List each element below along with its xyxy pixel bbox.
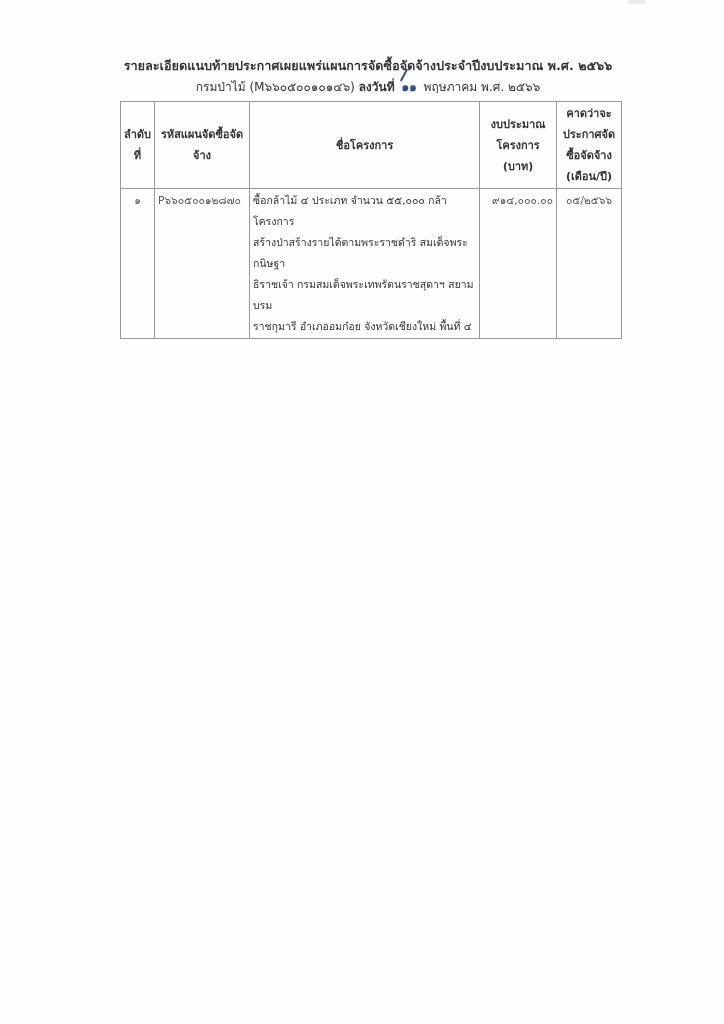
document-page: รายละเอียดแนบท้ายประกาศเผยแพร่แผนการจัดซ…	[0, 0, 724, 1024]
header-expected-date: คาดว่าจะ ประกาศจัด ซื้อจัดจ้าง (เดือน/ปี…	[557, 102, 622, 189]
cell-code: P๖๖๐๕๐๐๑๒๘๗๐	[155, 189, 250, 339]
cell-project-name: ซื้อกล้าไม้ ๔ ประเภท จำนวน ๕๕,๐๐๐ กล้า โ…	[250, 189, 480, 339]
header-budget: งบประมาณ โครงการ (บาท)	[480, 102, 557, 189]
table-header-row: ลำดับ ที่ รหัสแผนจัดซื้อจัด จ้าง ชื่อโคร…	[121, 102, 622, 189]
date-month-year: พฤษภาคม พ.ศ. ๒๕๖๖	[424, 80, 541, 94]
cell-no: ๑	[121, 189, 155, 339]
header-code: รหัสแผนจัดซื้อจัด จ้าง	[155, 102, 250, 189]
header-no: ลำดับ ที่	[121, 102, 155, 189]
cell-expected-date: ๐๕/๒๕๖๖	[557, 189, 622, 339]
document-title: รายละเอียดแนบท้ายประกาศเผยแพร่แผนการจัดซ…	[0, 56, 724, 76]
agency-label: กรมป่าไม้ (M๖๖๐๕๐๐๑๐๑๔๖)	[196, 80, 355, 94]
date-label: ลงวันที่	[359, 80, 395, 94]
scan-mark	[628, 0, 646, 4]
cell-budget: ๙๑๔,๐๐๐.๐๐	[480, 189, 557, 339]
document-subtitle: กรมป่าไม้ (M๖๖๐๕๐๐๑๐๑๔๖) ลงวันที่ ๑๑ พฤษ…	[0, 78, 724, 97]
handwritten-date-day: ๑๑	[398, 78, 419, 97]
procurement-plan-table: ลำดับ ที่ รหัสแผนจัดซื้อจัด จ้าง ชื่อโคร…	[120, 101, 622, 339]
table-row: ๑ P๖๖๐๕๐๐๑๒๘๗๐ ซื้อกล้าไม้ ๔ ประเภท จำนว…	[121, 189, 622, 339]
header-project-name: ชื่อโครงการ	[250, 102, 480, 189]
